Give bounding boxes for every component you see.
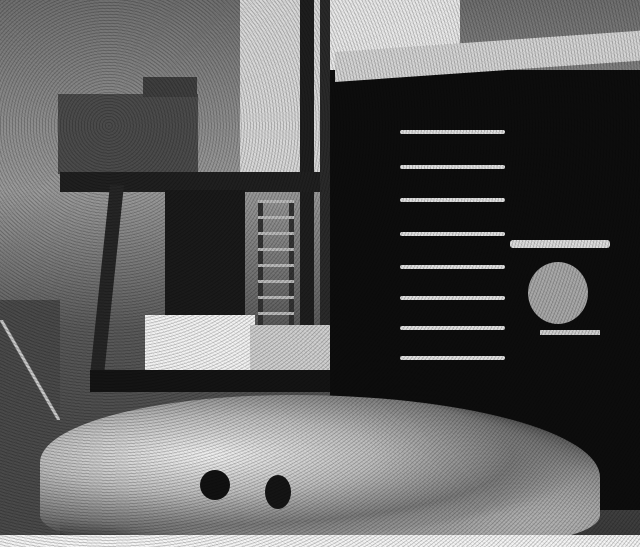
room-photograph: Interior of a room with a dark chest of … — [0, 0, 640, 547]
film-grain — [0, 0, 640, 547]
